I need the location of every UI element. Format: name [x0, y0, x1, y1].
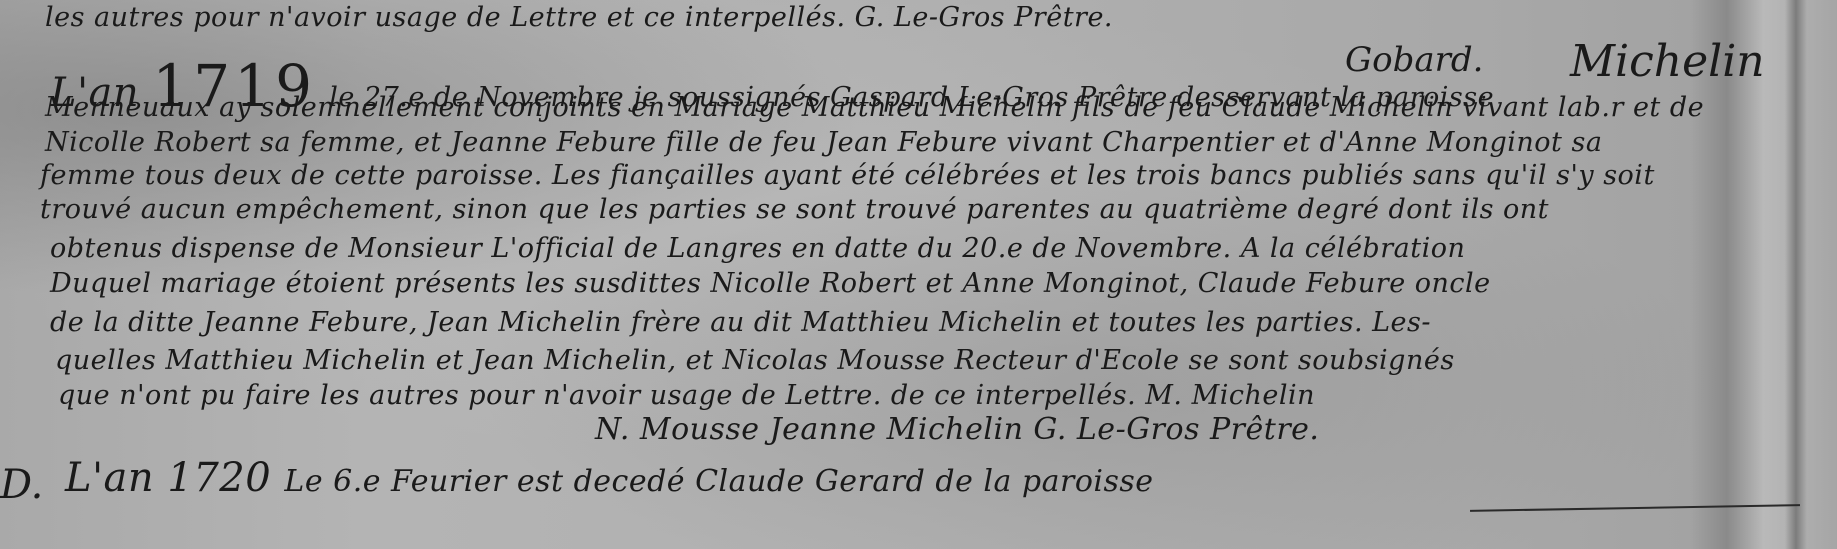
text-line-6: Duquel mariage étoient présents les susd…	[50, 268, 1491, 299]
register-page: les autres pour n'avoir usage de Lettre …	[0, 0, 1837, 549]
signature-michelin: Michelin	[1570, 36, 1765, 87]
text-line-2: Nicolle Robert sa femme, et Jeanne Febur…	[45, 127, 1602, 158]
signature-gobard: Gobard.	[1345, 40, 1484, 80]
signature-underline	[1470, 504, 1800, 512]
text-line-7: de la ditte Jeanne Febure, Jean Michelin…	[50, 307, 1431, 338]
text-line-8: quelles Matthieu Michelin et Jean Michel…	[55, 345, 1455, 376]
text-line-9: que n'ont pu faire les autres pour n'avo…	[58, 380, 1315, 411]
entry-1720-prefix: L'an	[65, 455, 154, 501]
text-line-1: Menneuaux ay solemnellement conjoints en…	[45, 92, 1704, 123]
entry-1720-text: Le 6.e Feurier est decedé Claude Gerard …	[284, 464, 1153, 499]
text-line-3: femme tous deux de cette paroisse. Les f…	[40, 160, 1655, 191]
signatures-bottom: N. Mousse Jeanne Michelin G. Le-Gros Prê…	[595, 412, 1319, 447]
page-gutter-shadow	[1785, 0, 1807, 549]
entry-1720-header: L'an 1720 Le 6.e Feurier est decedé Clau…	[65, 455, 1154, 501]
margin-mark: D.	[0, 462, 43, 508]
entry-1720-year: 1720	[167, 455, 271, 501]
text-line-4: trouvé aucun empêchement, sinon que les …	[40, 194, 1549, 225]
text-line-5: obtenus dispense de Monsieur L'official …	[50, 233, 1465, 264]
text-line-0: les autres pour n'avoir usage de Lettre …	[45, 2, 1113, 33]
